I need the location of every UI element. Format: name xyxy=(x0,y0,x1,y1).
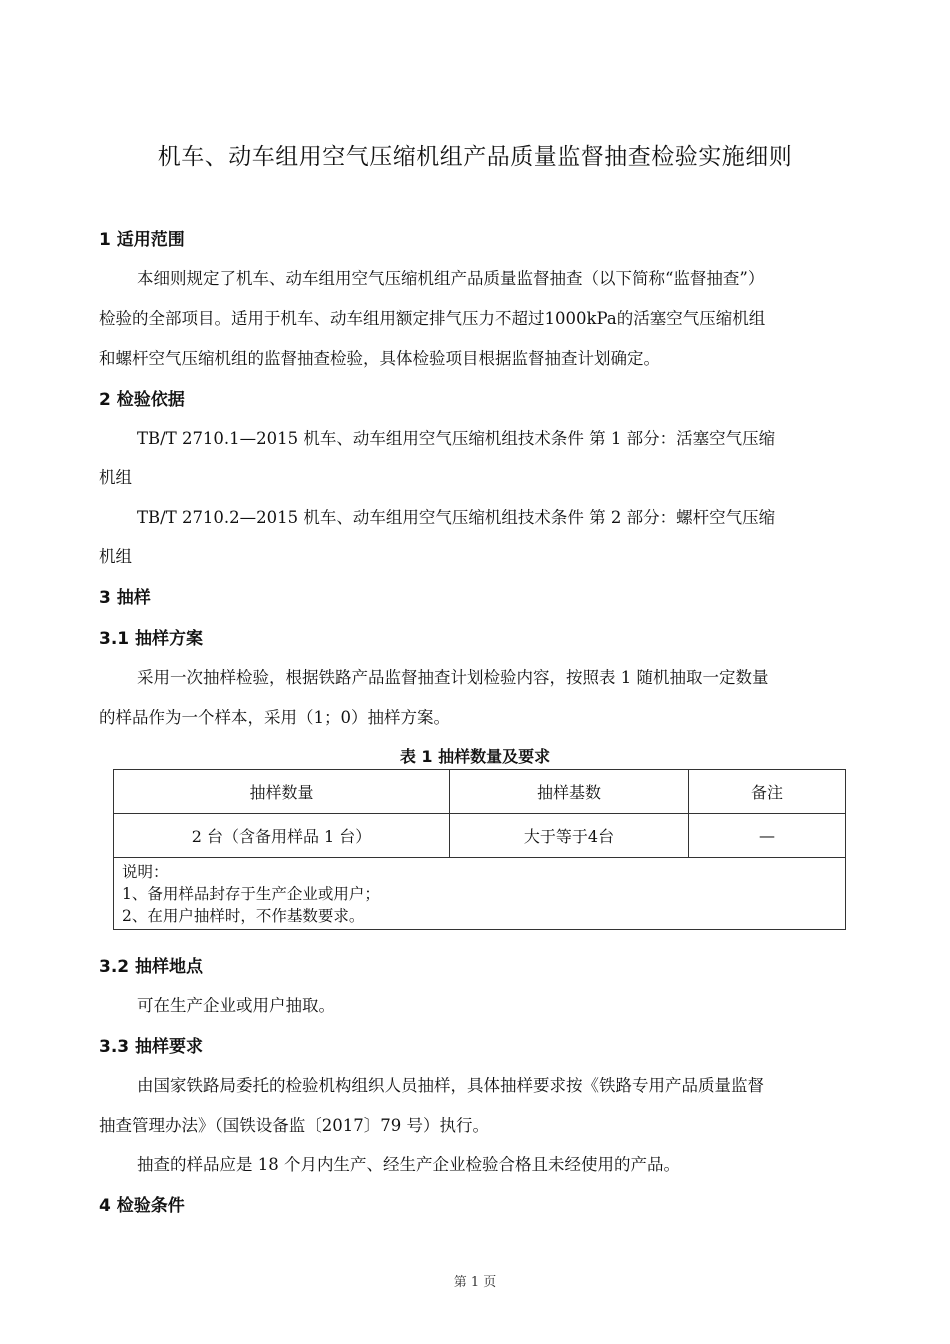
table-caption: 表 1 抽样数量及要求 xyxy=(0,744,950,767)
page-number: 第 1 页 xyxy=(0,1271,950,1290)
section-4-heading: 4 检验条件 xyxy=(99,1191,185,1216)
section-1-heading: 1 适用范围 xyxy=(99,225,185,250)
section-3-1-heading: 3.1 抽样方案 xyxy=(99,624,203,649)
section-3-3-line-1: 由国家铁路局委托的检验机构组织人员抽样，具体抽样要求按《铁路专用产品质量监督 xyxy=(137,1072,899,1096)
table-notes-row: 说明： 1、备用样品封存于生产企业或用户； 2、在用户抽样时，不作基数要求。 xyxy=(114,858,846,930)
table-note-line: 2、在用户抽样时，不作基数要求。 xyxy=(122,905,837,927)
section-3-3-heading: 3.3 抽样要求 xyxy=(99,1032,203,1057)
table-notes: 说明： 1、备用样品封存于生产企业或用户； 2、在用户抽样时，不作基数要求。 xyxy=(114,858,846,930)
section-3-2-line-1: 可在生产企业或用户抽取。 xyxy=(137,992,899,1016)
table-cell: 大于等于4台 xyxy=(450,814,689,858)
table-header-row: 抽样数量 抽样基数 备注 xyxy=(114,770,846,814)
table-cell: 2 台（含备用样品 1 台） xyxy=(114,814,450,858)
section-3-3-line-3: 抽查的样品应是 18 个月内生产、经生产企业检验合格且未经使用的产品。 xyxy=(137,1151,899,1175)
table-note-line: 1、备用样品封存于生产企业或用户； xyxy=(122,883,837,905)
reference-1-line-2: 机组 xyxy=(99,464,861,488)
section-3-heading: 3 抽样 xyxy=(99,583,151,608)
section-1-line-3: 和螺杆空气压缩机组的监督抽查检验，具体检验项目根据监督抽查计划确定。 xyxy=(99,345,861,369)
reference-2-line-2: 机组 xyxy=(99,543,861,567)
table-cell: — xyxy=(689,814,846,858)
section-3-2-heading: 3.2 抽样地点 xyxy=(99,952,203,977)
sampling-table: 抽样数量 抽样基数 备注 2 台（含备用样品 1 台） 大于等于4台 — 说明：… xyxy=(113,769,846,930)
section-3-1-line-1: 采用一次抽样检验，根据铁路产品监督抽查计划检验内容，按照表 1 随机抽取一定数量 xyxy=(137,664,899,688)
section-2-heading: 2 检验依据 xyxy=(99,385,185,410)
reference-1-line-1: TB/T 2710.1—2015 机车、动车组用空气压缩机组技术条件 第 1 部… xyxy=(137,425,899,449)
section-1-line-2: 检验的全部项目。适用于机车、动车组用额定排气压力不超过1000kPa的活塞空气压… xyxy=(99,305,861,329)
table-header-cell: 抽样基数 xyxy=(450,770,689,814)
table-header-cell: 备注 xyxy=(689,770,846,814)
document-page: 机车、动车组用空气压缩机组产品质量监督抽查检验实施细则 1 适用范围 本细则规定… xyxy=(0,0,950,1344)
reference-2-line-1: TB/T 2710.2—2015 机车、动车组用空气压缩机组技术条件 第 2 部… xyxy=(137,504,899,528)
table-row: 2 台（含备用样品 1 台） 大于等于4台 — xyxy=(114,814,846,858)
section-3-3-line-2: 抽查管理办法》（国铁设备监〔2017〕79 号）执行。 xyxy=(99,1112,861,1136)
section-1-line-1: 本细则规定了机车、动车组用空气压缩机组产品质量监督抽查（以下简称“监督抽查”） xyxy=(137,265,899,289)
section-3-1-line-2: 的样品作为一个样本，采用（1；0）抽样方案。 xyxy=(99,704,861,728)
table-note-line: 说明： xyxy=(122,861,837,883)
document-title: 机车、动车组用空气压缩机组产品质量监督抽查检验实施细则 xyxy=(0,138,950,171)
table-header-cell: 抽样数量 xyxy=(114,770,450,814)
